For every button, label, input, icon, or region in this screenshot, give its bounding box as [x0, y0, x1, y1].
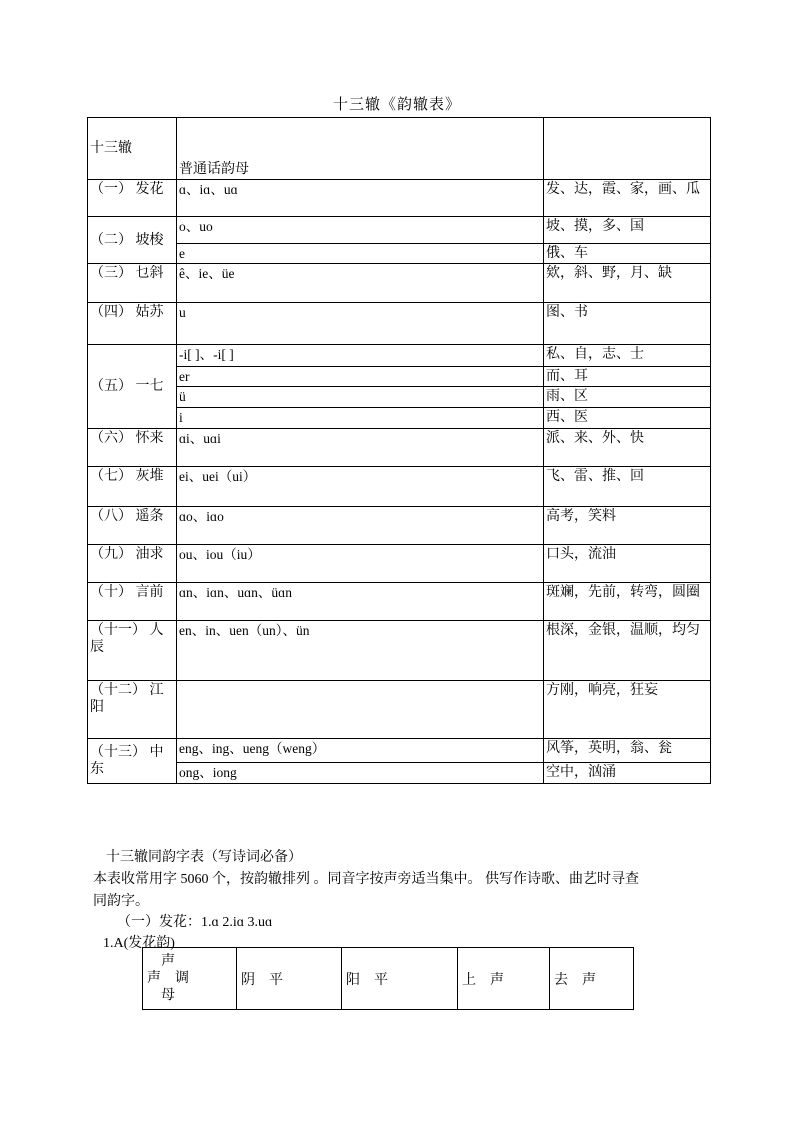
tone-header-row: 声 声 调 母 阴 平 阳 平 上 声 去 声 [143, 948, 634, 1010]
section2-intro-line1: 本表收常用字 5060 个，按韵辙排列 。同音字按声旁适当集中。 供写作诗歌、曲… [93, 868, 639, 888]
table-row: （十一） 人辰 en、in、uen（un）、ün 根深，金银，温顺，均匀 [88, 621, 711, 681]
tone-table: 声 声 调 母 阴 平 阳 平 上 声 去 声 [142, 947, 634, 1010]
examples-cell: 图、书 [544, 303, 711, 345]
header-col3 [544, 118, 711, 180]
table-row: （十二） 江阳 方刚，响亮，狂妄 [88, 681, 711, 739]
examples-cell: 口头，流油 [544, 545, 711, 583]
table-row: （一） 发花 ɑ、iɑ、uɑ 发、达，霞、家，画、瓜 [88, 180, 711, 217]
table-row: （十） 言前 ɑn、iɑn、uɑn、üɑn 斑斓，先前，转弯，圆圈 [88, 583, 711, 621]
rhyme-label: （七） 灰堆 [88, 467, 177, 507]
rhyme-label: （十） 言前 [88, 583, 177, 621]
finals-cell: er [177, 367, 544, 387]
rhyme-label: （十二） 江阳 [88, 681, 177, 739]
examples-cell: 空中，汹涌 [544, 763, 711, 784]
examples-cell: 雨、区 [544, 387, 711, 408]
table-row: （四） 姑苏 u 图、书 [88, 303, 711, 345]
examples-cell: 而、耳 [544, 367, 711, 387]
examples-cell: 斑斓，先前，转弯，圆圈 [544, 583, 711, 621]
examples-cell: 俄、车 [544, 244, 711, 264]
examples-cell: 派、来、外、快 [544, 429, 711, 467]
rhyme-label: （一） 发花 [88, 180, 177, 217]
table-row: er 而、耳 [88, 367, 711, 387]
finals-cell: ou、iou（iu） [177, 545, 544, 583]
rhyme-label: （十三） 中东 [88, 739, 177, 784]
examples-cell: 坡、摸，多、国 [544, 217, 711, 244]
rhyme-label: （三） 乜斜 [88, 264, 177, 303]
table-row: （五） 一七 -i[ ]、-i[ ] 私、自，志、士 [88, 345, 711, 367]
examples-cell: 根深，金银，温顺，均匀 [544, 621, 711, 681]
table-row: （六） 怀来 ɑi、uɑi 派、来、外、快 [88, 429, 711, 467]
examples-cell: 风筝，英明，翁、瓮 [544, 739, 711, 763]
table-row: （二） 坡梭 o、uo 坡、摸，多、国 [88, 217, 711, 244]
tone-corner-cell: 声 声 调 母 [143, 948, 237, 1010]
finals-cell: eng、ing、ueng（weng） [177, 739, 544, 763]
rhyme-label: （二） 坡梭 [88, 217, 177, 264]
table-row: e 俄、车 [88, 244, 711, 264]
rhyme-label: （四） 姑苏 [88, 303, 177, 345]
corner-line-1: 声 [147, 953, 232, 970]
corner-line-2: 声 调 [147, 970, 232, 987]
section2-subhead: （一）发花：1.ɑ 2.iɑ 3.uɑ [117, 911, 272, 931]
finals-cell [177, 681, 544, 739]
finals-cell: ei、uei（ui） [177, 467, 544, 507]
table-row: （九） 油求 ou、iou（iu） 口头，流油 [88, 545, 711, 583]
rhyme-table: 十三辙 普通话韵母 （一） 发花 ɑ、iɑ、uɑ 发、达，霞、家，画、瓜 （二）… [87, 117, 711, 784]
rhyme-label: （八） 遥条 [88, 507, 177, 545]
table-row: （三） 乜斜 ê、ie、üe 欸，斜、野，月、缺 [88, 264, 711, 303]
finals-cell: ê、ie、üe [177, 264, 544, 303]
finals-cell: -i[ ]、-i[ ] [177, 345, 544, 367]
document-page: 十三辙《韵辙表》 十三辙 普通话韵母 （一） 发花 ɑ、iɑ、uɑ 发、达，霞、… [0, 0, 794, 1123]
rhyme-label: （九） 油求 [88, 545, 177, 583]
table-row: （十三） 中东 eng、ing、ueng（weng） 风筝，英明，翁、瓮 [88, 739, 711, 763]
examples-cell: 高考，笑料 [544, 507, 711, 545]
table-row: i 西、医 [88, 408, 711, 429]
corner-line-3: 母 [147, 987, 232, 1004]
header-col1: 十三辙 [88, 118, 177, 180]
finals-cell: e [177, 244, 544, 264]
finals-cell: ü [177, 387, 544, 408]
table-row: （七） 灰堆 ei、uei（ui） 飞、雷、推、回 [88, 467, 711, 507]
finals-cell: u [177, 303, 544, 345]
tone-col-yinping: 阴 平 [237, 948, 342, 1010]
tone-col-yangping: 阳 平 [342, 948, 458, 1010]
table-row: （八） 遥条 ɑo、iɑo 高考，笑料 [88, 507, 711, 545]
table-row: ü 雨、区 [88, 387, 711, 408]
examples-cell: 欸，斜、野，月、缺 [544, 264, 711, 303]
header-col2: 普通话韵母 [177, 118, 544, 180]
rhyme-label: （十一） 人辰 [88, 621, 177, 681]
finals-cell: ɑo、iɑo [177, 507, 544, 545]
finals-cell: en、in、uen（un）、ün [177, 621, 544, 681]
examples-cell: 西、医 [544, 408, 711, 429]
examples-cell: 飞、雷、推、回 [544, 467, 711, 507]
table-row: ong、iong 空中，汹涌 [88, 763, 711, 784]
finals-cell: ɑ、iɑ、uɑ [177, 180, 544, 217]
table-header-row: 十三辙 普通话韵母 [88, 118, 711, 180]
examples-cell: 发、达，霞、家，画、瓜 [544, 180, 711, 217]
finals-cell: o、uo [177, 217, 544, 244]
section2-intro-line2: 同韵字。 [93, 890, 149, 910]
finals-cell: ɑn、iɑn、uɑn、üɑn [177, 583, 544, 621]
finals-cell: i [177, 408, 544, 429]
rhyme-label: （五） 一七 [88, 345, 177, 429]
section2-heading: 十三辙同韵字表（写诗词必备） [106, 846, 302, 866]
examples-cell: 私、自，志、士 [544, 345, 711, 367]
finals-cell: ɑi、uɑi [177, 429, 544, 467]
finals-cell: ong、iong [177, 763, 544, 784]
examples-cell: 方刚，响亮，狂妄 [544, 681, 711, 739]
tone-col-qusheng: 去 声 [550, 948, 634, 1010]
rhyme-label: （六） 怀来 [88, 429, 177, 467]
page-title: 十三辙《韵辙表》 [0, 93, 794, 114]
tone-col-shangsheng: 上 声 [458, 948, 550, 1010]
